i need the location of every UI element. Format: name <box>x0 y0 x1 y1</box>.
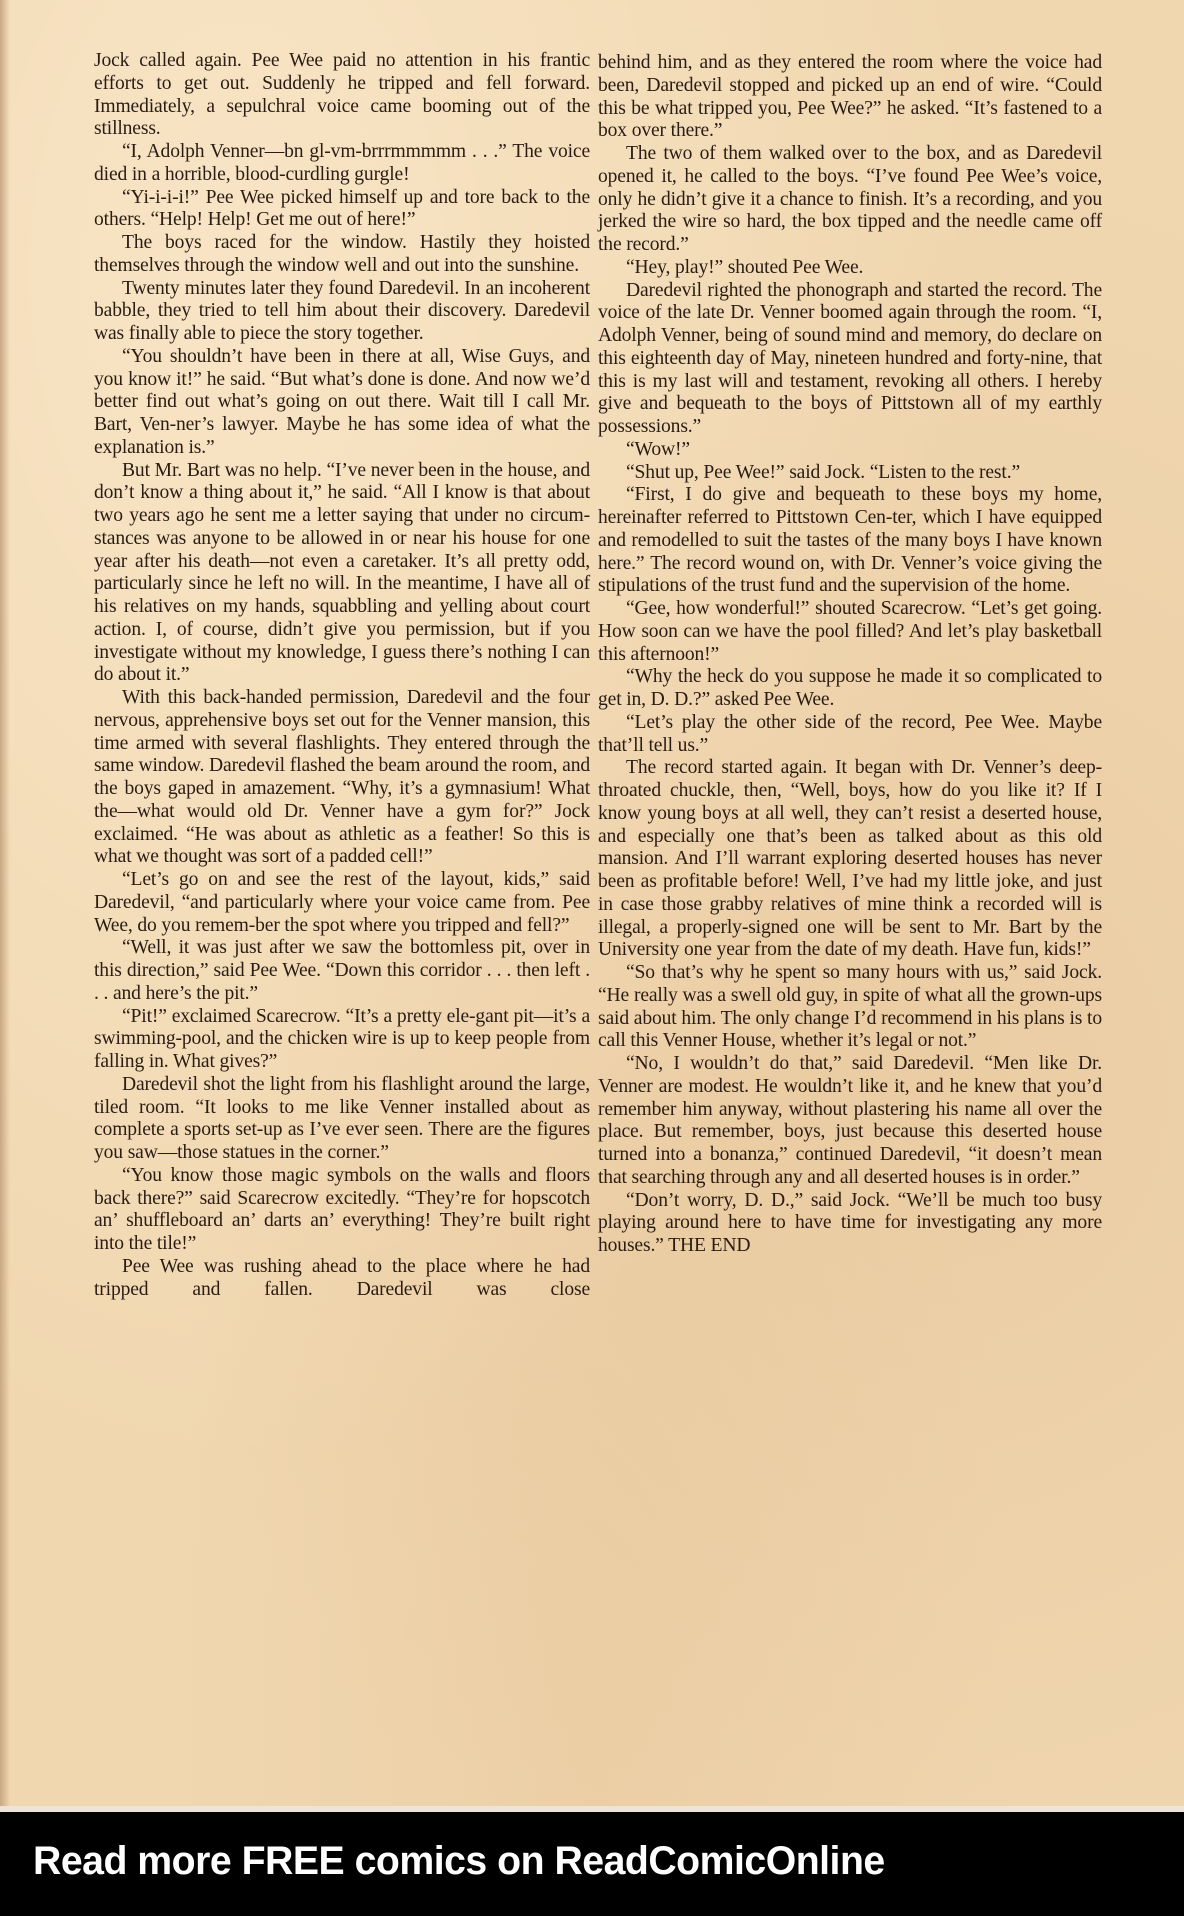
page-edge-shadow <box>0 0 10 1812</box>
paragraph: Twenty minutes later they found Daredevi… <box>94 278 590 346</box>
promo-banner[interactable]: Read more FREE comics on ReadComicOnline <box>0 1812 1184 1916</box>
right-text-column: behind him, and as they entered the room… <box>598 52 1102 1258</box>
left-text-column: Jock called again. Pee Wee paid no atten… <box>94 50 590 1301</box>
paragraph: “You know those magic symbols on the wal… <box>94 1165 590 1256</box>
paragraph: The two of them walked over to the box, … <box>598 143 1102 257</box>
paragraph: “Pit!” exclaimed Scarecrow. “It’s a pret… <box>94 1006 590 1074</box>
paragraph: “Why the heck do you suppose he made it … <box>598 666 1102 712</box>
paragraph-the-end: “Don’t worry, D. D.,” said Jock. “We’ll … <box>598 1190 1102 1258</box>
paragraph: Daredevil righted the phonograph and sta… <box>598 280 1102 439</box>
promo-banner-text[interactable]: Read more FREE comics on ReadComicOnline <box>33 1839 885 1884</box>
paragraph: “Wow!” <box>598 439 1102 462</box>
paragraph: “Let’s go on and see the rest of the lay… <box>94 869 590 937</box>
paragraph: “Let’s play the other side of the record… <box>598 712 1102 758</box>
comic-text-page: Jock called again. Pee Wee paid no atten… <box>0 0 1184 1812</box>
paragraph: Jock called again. Pee Wee paid no atten… <box>94 50 590 141</box>
paragraph: “You shouldn’t have been in there at all… <box>94 346 590 460</box>
paragraph-continuation: behind him, and as they entered the room… <box>598 52 1102 143</box>
paragraph: The boys raced for the window. Hastily t… <box>94 232 590 278</box>
paragraph: “First, I do give and bequeath to these … <box>598 484 1102 598</box>
paragraph: Daredevil shot the light from his flashl… <box>94 1074 590 1165</box>
paragraph: “Gee, how wonderful!” shouted Scarecrow.… <box>598 598 1102 666</box>
paragraph: “No, I wouldn’t do that,” said Daredevil… <box>598 1053 1102 1190</box>
paragraph-continued: Pee Wee was rushing ahead to the place w… <box>94 1256 590 1302</box>
paragraph: The record started again. It began with … <box>598 757 1102 962</box>
paragraph: But Mr. Bart was no help. “I’ve never be… <box>94 460 590 688</box>
paragraph: “Hey, play!” shouted Pee Wee. <box>598 257 1102 280</box>
paragraph: “Yi-i-i-i!” Pee Wee picked himself up an… <box>94 187 590 233</box>
paragraph-voice-recording: “I, Adolph Venner—bn gl-vm-brrrmmmmm . .… <box>94 141 590 187</box>
paragraph: “Well, it was just after we saw the bott… <box>94 937 590 1005</box>
paragraph: “Shut up, Pee Wee!” said Jock. “Listen t… <box>598 462 1102 485</box>
paragraph: “So that’s why he spent so many hours wi… <box>598 962 1102 1053</box>
paragraph: With this back-handed permission, Darede… <box>94 687 590 869</box>
